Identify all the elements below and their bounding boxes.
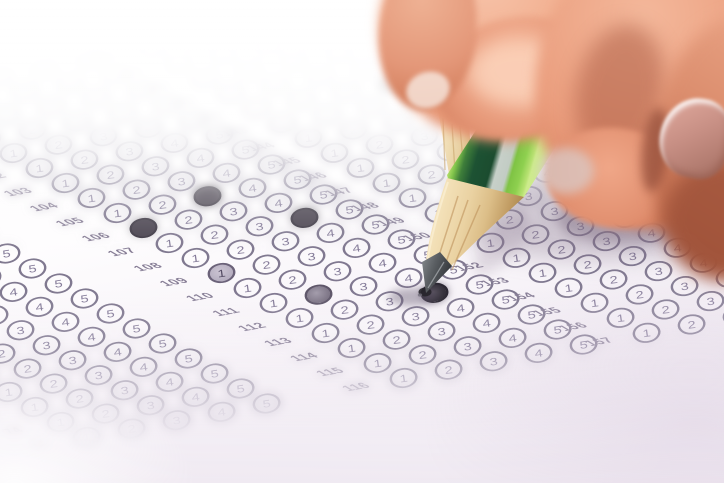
fingertip-callus — [538, 148, 594, 194]
hand — [0, 0, 724, 483]
photo-scene: 5612345571234558123455912345601234561123… — [0, 0, 724, 483]
